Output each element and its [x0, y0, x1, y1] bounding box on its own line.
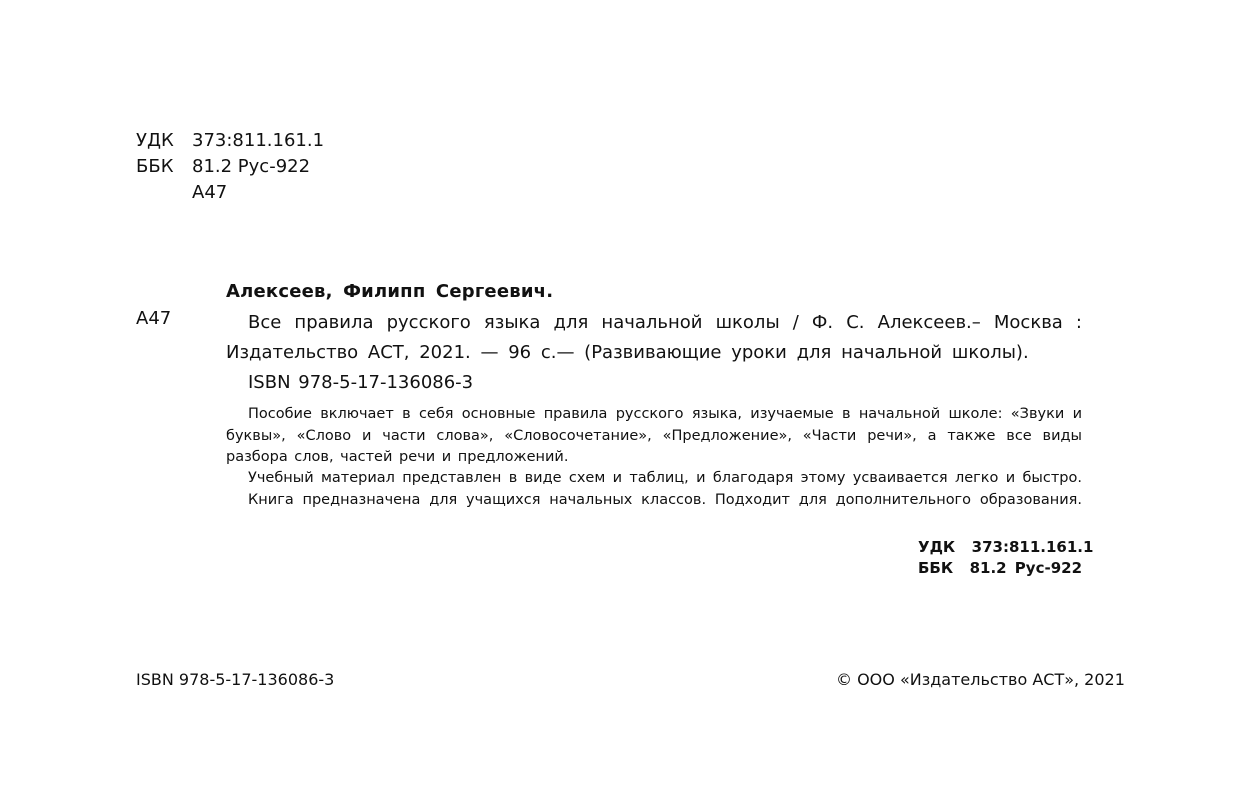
annotation-text-2: Учебный материал представлен в виде схем… [226, 468, 1082, 490]
index-udk: УДК 373:811.161.1 [918, 537, 1093, 558]
udk-value: 373:811.161.1 [192, 128, 324, 154]
annotation-paragraph-3: Книга предназначена для учащихся начальн… [226, 490, 1082, 512]
annotation-paragraph-2: Учебный материал представлен в виде схем… [226, 468, 1082, 490]
author-mark: А47 [192, 180, 227, 206]
index-bbk: ББК 81.2 Рус-922 [918, 558, 1093, 579]
side-author-mark: А47 [136, 308, 171, 329]
bbk-value: 81.2 Рус-922 [192, 154, 310, 180]
annotation-paragraph-1: Пособие включает в себя основные правила… [226, 404, 1082, 469]
author-heading: Алексеев, Филипп Сергеевич. [226, 281, 553, 302]
annotation-text-3: Книга предназначена для учащихся начальн… [226, 490, 1082, 512]
footer-isbn: ISBN 978-5-17-136086-3 [136, 670, 334, 689]
udk-label: УДК [136, 128, 174, 154]
index-block: УДК 373:811.161.1 ББК 81.2 Рус-922 [918, 537, 1093, 579]
annotation-text-1: Пособие включает в себя основные правила… [226, 404, 1082, 469]
bbk-label: ББК [136, 154, 173, 180]
footer-copyright: © ООО «Издательство АСТ», 2021 [836, 670, 1125, 689]
bibliographic-text: Все правила русского языка для начальной… [226, 312, 1082, 363]
isbn-main: ISBN 978-5-17-136086-3 [248, 372, 473, 393]
bibliographic-description: Все правила русского языка для начальной… [226, 308, 1082, 368]
